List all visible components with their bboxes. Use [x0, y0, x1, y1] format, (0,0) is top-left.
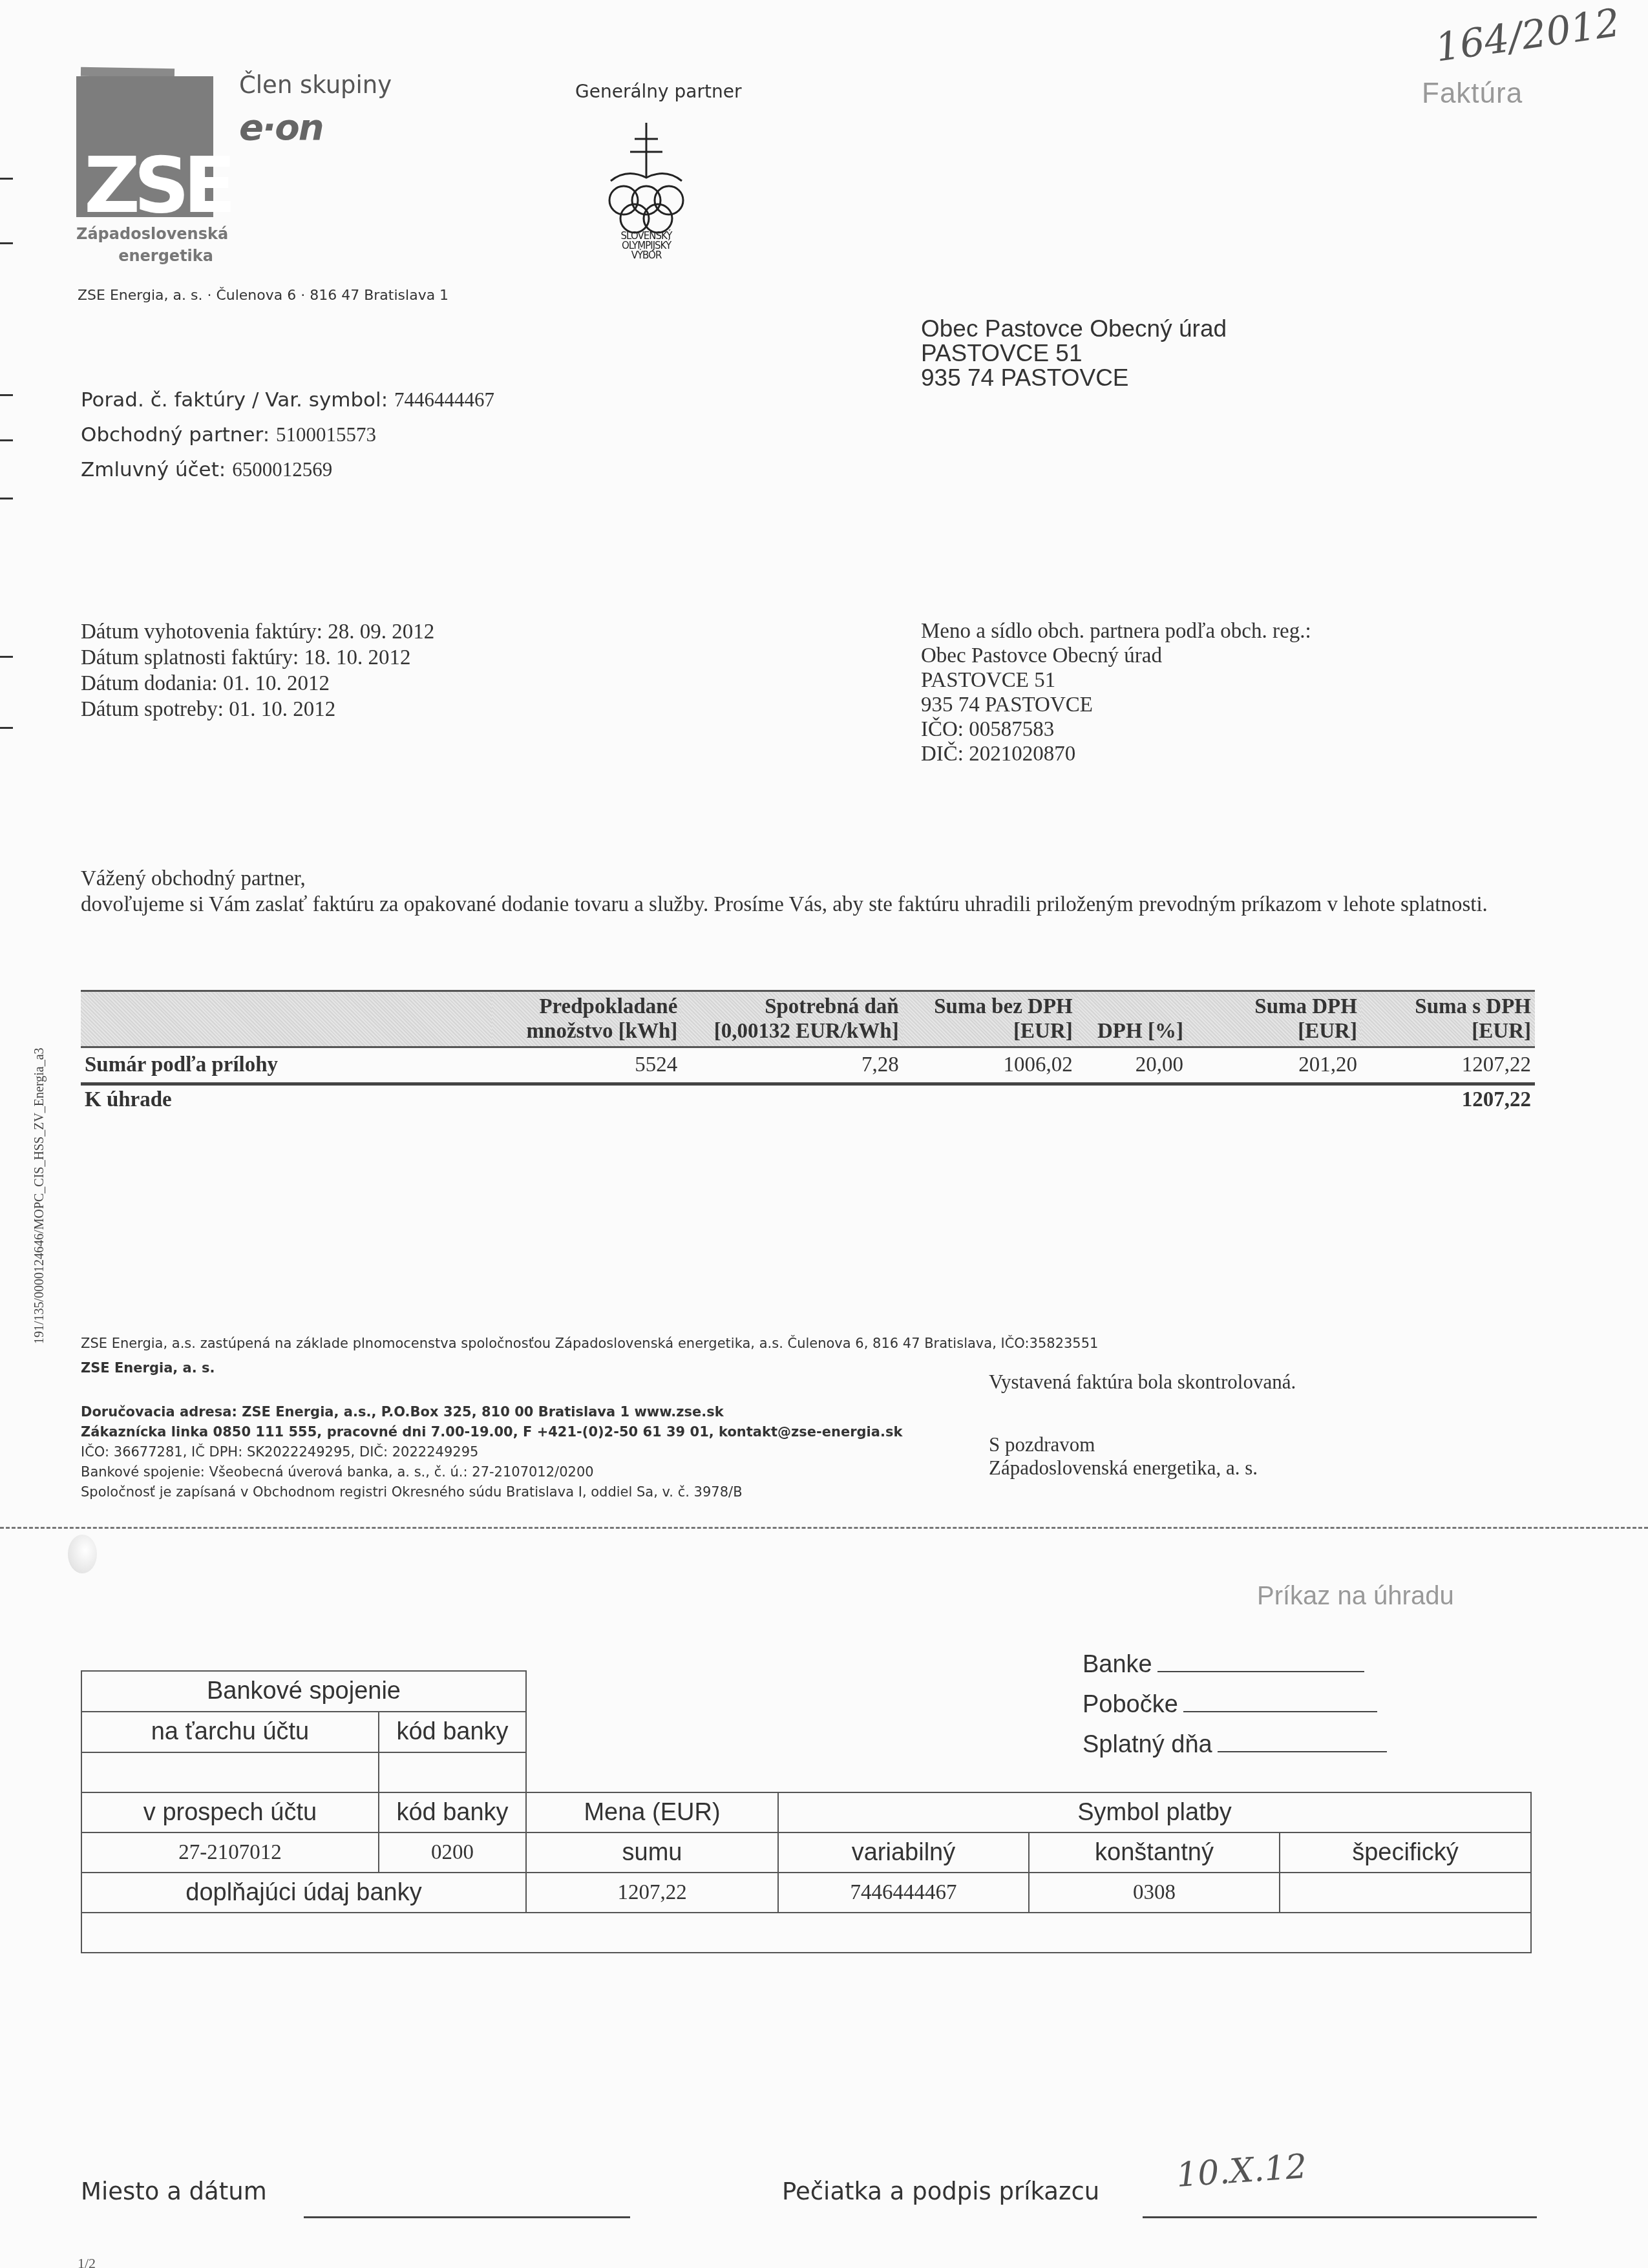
contract-account: Zmluvný účet: 6500012569	[81, 452, 494, 487]
punch-mark	[0, 394, 13, 396]
sender-address: ZSE Energia, a. s. · Čulenova 6 · 816 47…	[78, 288, 449, 304]
summary-table: Predpokladané množstvo [kWh] Spotrebná d…	[81, 990, 1535, 1117]
eon-logo: e·on	[239, 107, 323, 149]
footer-contact: Doručovacia adresa: ZSE Energia, a.s., P…	[81, 1402, 902, 1502]
handwritten-reference: 164/2012	[1433, 0, 1623, 70]
debit-account-field[interactable]	[81, 1752, 379, 1793]
payment-order-grid: Bankové spojenie na ťarchu účtu kód bank…	[81, 1670, 1532, 1949]
credit-bank-code-label: kód banky	[378, 1792, 527, 1833]
credit-account-value[interactable]: 27-2107012	[81, 1832, 379, 1873]
regards: S pozdravom Západoslovenská energetika, …	[989, 1433, 1258, 1480]
greeting: Vážený obchodný partner, dovoľujeme si V…	[81, 866, 1554, 918]
variable-symbol-label: variabilný	[777, 1832, 1030, 1873]
punch-mark	[0, 439, 13, 441]
punch-mark	[0, 727, 13, 729]
table-row: Sumár podľa prílohy 5524 7,28 1006,02 20…	[81, 1047, 1535, 1084]
footer-company: ZSE Energia, a.s. zastúpená na základe p…	[81, 1331, 1098, 1380]
specific-symbol-label: špecifický	[1279, 1832, 1532, 1873]
specific-symbol-value[interactable]	[1279, 1872, 1532, 1913]
variable-symbol-value[interactable]: 7446444467	[777, 1872, 1030, 1913]
punch-mark	[0, 242, 13, 244]
supplementary-field[interactable]	[81, 1912, 1532, 1953]
handwritten-date: 10.X.12	[1175, 2147, 1308, 2195]
amount-label: sumu	[525, 1832, 779, 1873]
recipient-address: Obec Pastovce Obecný úrad PASTOVCE 51 93…	[921, 317, 1227, 390]
salutation: Vážený obchodný partner,	[81, 866, 1554, 892]
currency-label: Mena (EUR)	[525, 1792, 779, 1833]
total-row: K úhrade 1207,22	[81, 1084, 1535, 1118]
page-number: 1/2	[78, 2255, 96, 2268]
invoice-number: Porad. č. faktúry / Var. symbol: 7446444…	[81, 383, 494, 417]
partner-registry: Meno a sídlo obch. partnera podľa obch. …	[921, 619, 1311, 766]
payment-order-title: Príkaz na úhradu	[1257, 1582, 1454, 1611]
stamp-signature-field[interactable]	[1143, 2216, 1537, 2218]
credit-bank-code-value[interactable]: 0200	[378, 1832, 527, 1873]
debit-bank-code-label: kód banky	[378, 1711, 527, 1753]
invoice-dates: Dátum vyhotovenia faktúry: 28. 09. 2012 …	[81, 619, 434, 722]
group-label: Člen skupiny	[239, 71, 392, 99]
punch-mark	[0, 498, 13, 499]
business-partner: Obchodný partner: 5100015573	[81, 417, 494, 452]
constant-symbol-label: konštantný	[1028, 1832, 1280, 1873]
debit-bank-code-field[interactable]	[378, 1752, 527, 1793]
invoice-meta: Porad. č. faktúry / Var. symbol: 7446444…	[81, 383, 494, 487]
bank-connection-header: Bankové spojenie	[81, 1670, 527, 1712]
side-code: 191/135/0000124646/MOPC_CIS_HSS_ZV_Energ…	[32, 1047, 47, 1344]
tear-off-line	[0, 1527, 1648, 1529]
supplementary-label: doplňajúci údaj banky	[81, 1872, 527, 1913]
olympic-committee-text: SLOVENSKÝ OLYMPIJSKÝ VÝBOR	[607, 231, 685, 260]
date-due: Dátum splatnosti faktúry: 18. 10. 2012	[81, 645, 434, 671]
place-date-field[interactable]	[304, 2216, 630, 2218]
date-consumption: Dátum spotreby: 01. 10. 2012	[81, 697, 434, 722]
symbol-header: Symbol platby	[777, 1792, 1532, 1833]
punch-mark	[0, 656, 13, 658]
debit-account-label: na ťarchu účtu	[81, 1711, 379, 1753]
document-title: Faktúra	[1422, 78, 1523, 110]
logo-name: Západoslovenská energetika	[76, 223, 213, 267]
place-date-label: Miesto a dátum	[81, 2178, 267, 2205]
constant-symbol-value[interactable]: 0308	[1028, 1872, 1280, 1913]
amount-value[interactable]: 1207,22	[525, 1872, 779, 1913]
checked-note: Vystavená faktúra bola skontrolovaná.	[989, 1370, 1296, 1394]
total-amount: 1207,22	[1361, 1084, 1535, 1118]
punch-mark	[0, 178, 13, 180]
greeting-body: dovoľujeme si Vám zaslať faktúru za opak…	[81, 892, 1554, 918]
date-delivery: Dátum dodania: 01. 10. 2012	[81, 671, 434, 697]
stamp-signature-label: Pečiatka a podpis príkazcu	[782, 2178, 1099, 2205]
credit-account-label: v prospech účtu	[81, 1792, 379, 1833]
summary-header-row: Predpokladané množstvo [kWh] Spotrebná d…	[81, 991, 1535, 1047]
logo-letters: ZSE	[84, 141, 239, 231]
date-issued: Dátum vyhotovenia faktúry: 28. 09. 2012	[81, 619, 434, 645]
partner-label: Generálny partner	[575, 81, 741, 102]
punch-hole	[68, 1535, 97, 1573]
